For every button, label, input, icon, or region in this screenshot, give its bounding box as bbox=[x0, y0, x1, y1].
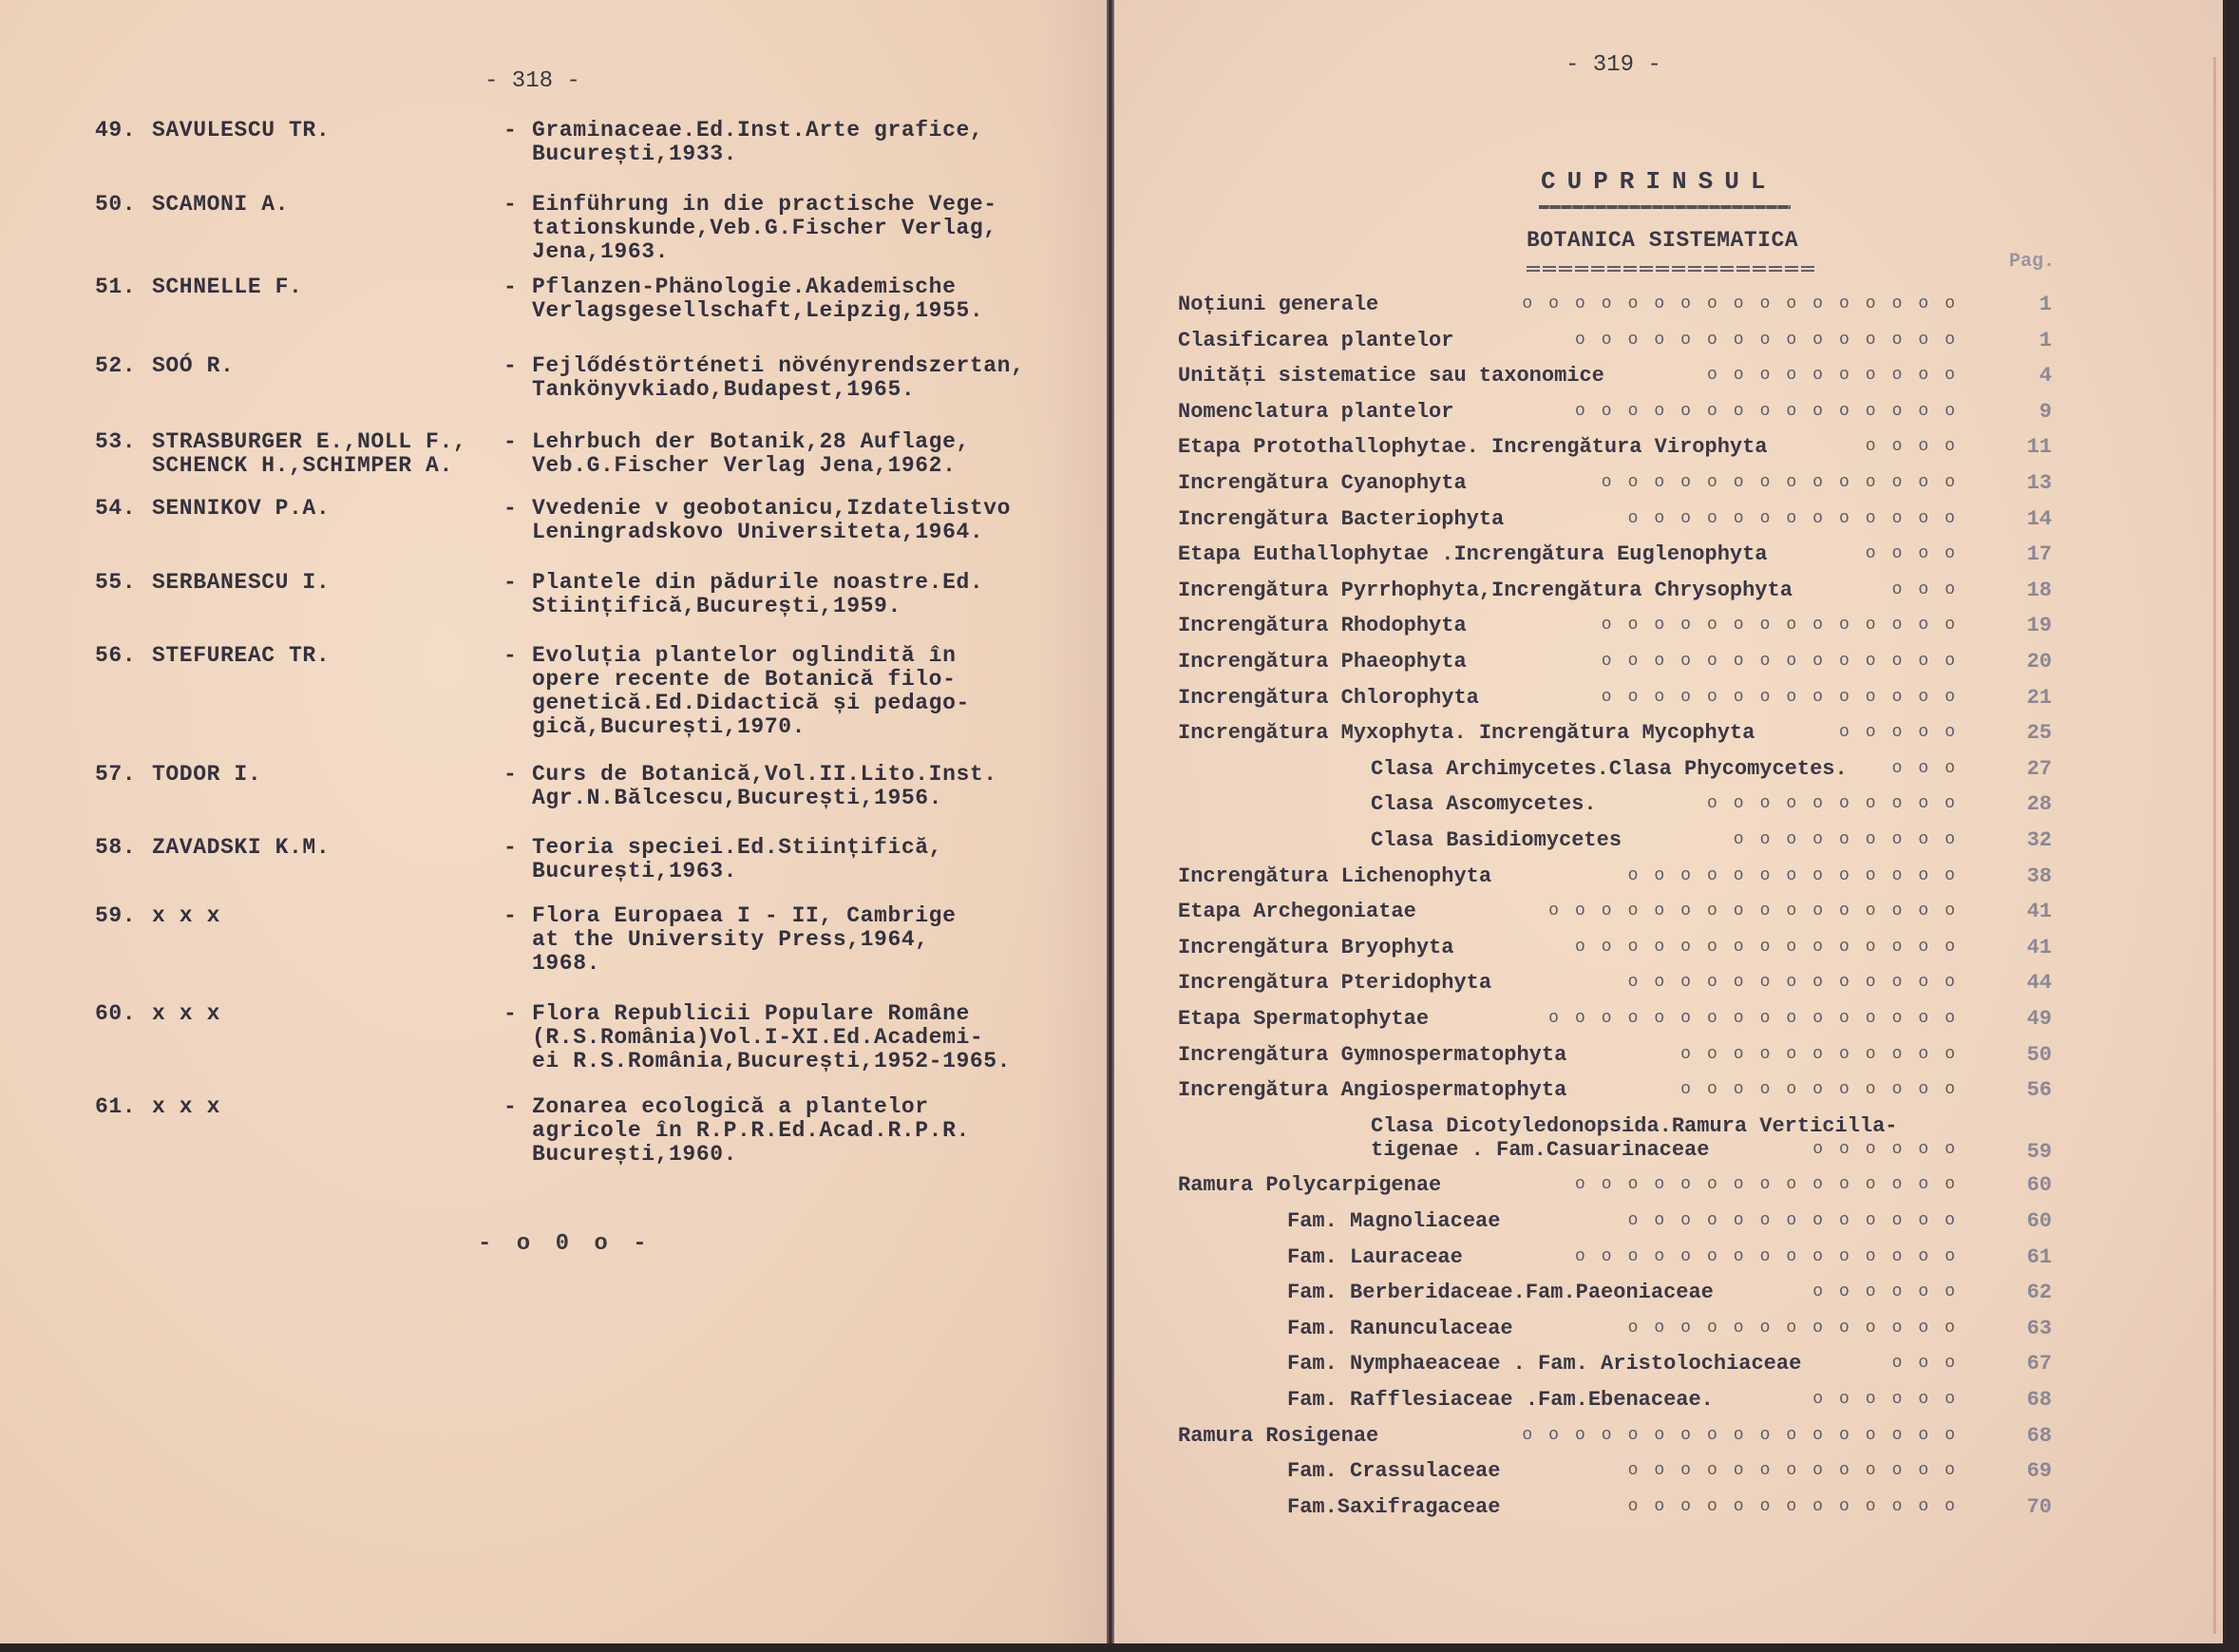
toc-item-page: 38 bbox=[1995, 864, 2052, 888]
toc-item: Fam. Nymphaeaceae . Fam. Aristolochiacea… bbox=[1178, 1352, 2052, 1380]
toc-item-label: Fam. Berberidaceae.Fam.Paeoniaceae bbox=[1287, 1281, 1714, 1304]
toc-item-page: 27 bbox=[1995, 757, 2052, 781]
toc-item: Fam. Rafflesiaceae .Fam.Ebenaceae.68oooo… bbox=[1178, 1388, 2052, 1416]
toc-item-label: Fam. Lauraceae bbox=[1287, 1245, 1463, 1269]
dot-leader: ooo bbox=[1892, 1354, 1971, 1373]
left-page-number: - 318 - bbox=[484, 68, 580, 94]
entry-author: SCHNELLE F. bbox=[152, 275, 302, 299]
entry-author: SERBANESCU I. bbox=[152, 571, 330, 595]
toc-item-label: Increngătura Bacteriophyta bbox=[1178, 507, 1504, 531]
dot-leader: oooooo bbox=[1812, 1282, 1971, 1301]
dot-leader: ooooooooooooooo bbox=[1575, 402, 1971, 421]
entry-author: SCAMONI A. bbox=[152, 193, 289, 217]
toc-item: Fam. Magnoliaceae60ooooooooooooo bbox=[1178, 1209, 2052, 1238]
entry-citation-line: Lehrbuch der Botanik,28 Auflage, bbox=[532, 430, 970, 454]
toc-item-page: 41 bbox=[1995, 936, 2052, 959]
toc-item-page: 60 bbox=[1995, 1173, 2052, 1197]
entry-citation-line: Flora Europaea I - II, Cambrige bbox=[532, 904, 956, 928]
toc-item: Etapa Spermatophytae49oooooooooooooooo bbox=[1178, 1007, 2052, 1035]
end-mark: - o 0 o - bbox=[478, 1231, 653, 1257]
entry-citation-line: Graminaceae.Ed.Inst.Arte grafice, bbox=[532, 119, 983, 142]
toc-item-page: 68 bbox=[1995, 1424, 2052, 1448]
toc-item: Increngătura Lichenophyta38ooooooooooooo bbox=[1178, 864, 2052, 893]
entry-dash: - bbox=[503, 354, 517, 378]
toc-item-page: 69 bbox=[1995, 1459, 2052, 1483]
page-column-header: Pag. bbox=[2009, 251, 2055, 273]
book-edge bbox=[2223, 0, 2239, 1652]
toc-item-label: Increngătura Myxophyta. Increngătura Myc… bbox=[1178, 721, 1755, 745]
entry-number: 57. bbox=[95, 763, 136, 787]
toc-item-label: Fam. Rafflesiaceae .Fam.Ebenaceae. bbox=[1287, 1388, 1714, 1412]
dot-leader: oooooo bbox=[1812, 1390, 1971, 1409]
toc-item-label: Fam.Saxifragaceae bbox=[1287, 1495, 1500, 1519]
toc-item-label: Etapa Spermatophytae bbox=[1178, 1007, 1429, 1031]
entry-number: 55. bbox=[95, 571, 136, 595]
toc-item-label: Clasa Basidiomycetes bbox=[1371, 828, 1622, 852]
toc-item-page: 21 bbox=[1995, 686, 2052, 710]
dot-leader: oooooooooo bbox=[1707, 794, 1971, 813]
toc-item: Clasificarea plantelor1ooooooooooooooo bbox=[1178, 329, 2052, 357]
toc-item-label-continued: tigenae . Fam.Casuarinaceae bbox=[1371, 1138, 1709, 1162]
entry-citation-line: gică,București,1970. bbox=[532, 715, 806, 739]
toc-item-label: Ramura Polycarpigenae bbox=[1178, 1173, 1441, 1197]
entry-citation-line: (R.S.România)Vol.I-XI.Ed.Academi- bbox=[532, 1026, 983, 1050]
entry-citation-line: Fejlődéstörténeti növényrendszertan, bbox=[532, 354, 1024, 378]
entry-dash: - bbox=[503, 1002, 517, 1026]
toc-item-page: 67 bbox=[1995, 1352, 2052, 1376]
toc-item-page: 20 bbox=[1995, 650, 2052, 674]
dot-leader: ooooooooooooooo bbox=[1575, 331, 1971, 350]
toc-item: Increngătura Pteridophyta44ooooooooooooo bbox=[1178, 971, 2052, 999]
title-underline bbox=[1539, 205, 1791, 209]
entry-author: x x x bbox=[152, 904, 220, 928]
toc-item: Increngătura Pyrrhophyta,Increngătura Ch… bbox=[1178, 579, 2052, 607]
entry-citation-line: ei R.S.România,București,1952-1965. bbox=[532, 1050, 1011, 1073]
toc-item-label: Increngătura Cyanophyta bbox=[1178, 471, 1467, 495]
entry-dash: - bbox=[503, 904, 517, 928]
toc-item-page: 19 bbox=[1995, 614, 2052, 637]
toc-item-label: Increngătura Lichenophyta bbox=[1178, 864, 1491, 888]
dot-leader: ooooooooooooooo bbox=[1575, 1247, 1971, 1266]
toc-item-page: 17 bbox=[1995, 542, 2052, 566]
entry-number: 51. bbox=[95, 275, 136, 299]
entry-author: SENNIKOV P.A. bbox=[152, 497, 330, 521]
toc-item-label: Fam. Crassulaceae bbox=[1287, 1459, 1500, 1483]
entry-dash: - bbox=[503, 430, 517, 454]
toc-item-label: Increngătura Phaeophyta bbox=[1178, 650, 1467, 674]
toc-item-page: 18 bbox=[1995, 579, 2052, 602]
dot-leader: ooooooooooooo bbox=[1628, 1319, 1971, 1338]
toc-item-page: 4 bbox=[1995, 364, 2052, 388]
toc-item: Increngătura Myxophyta. Increngătura Myc… bbox=[1178, 721, 2052, 750]
dot-leader: ooo bbox=[1892, 580, 1971, 599]
toc-item: Clasa Ascomycetes.28oooooooooo bbox=[1178, 792, 2052, 821]
toc-item-page: 41 bbox=[1995, 900, 2052, 923]
entry-dash: - bbox=[503, 497, 517, 521]
toc-item-page: 70 bbox=[1995, 1495, 2052, 1519]
entry-author: STEFUREAC TR. bbox=[152, 644, 330, 668]
section-title: BOTANICA SISTEMATICA bbox=[1527, 228, 1798, 253]
toc-item: Etapa Protothallophytae. Increngătura Vi… bbox=[1178, 435, 2052, 464]
toc-item-label: Etapa Euthallophytae .Increngătura Eugle… bbox=[1178, 542, 1768, 566]
entry-citation-line: Tankönyvkiado,Budapest,1965. bbox=[532, 378, 915, 402]
entry-citation-line: Curs de Botanică,Vol.II.Lito.Inst. bbox=[532, 763, 997, 787]
entry-number: 52. bbox=[95, 354, 136, 378]
entry-dash: - bbox=[503, 836, 517, 860]
entry-number: 58. bbox=[95, 836, 136, 860]
entry-citation-line: Zonarea ecologică a plantelor bbox=[532, 1095, 929, 1119]
toc-item-page: 28 bbox=[1995, 792, 2052, 816]
entry-number: 59. bbox=[95, 904, 136, 928]
toc-item-label: Unități sistematice sau taxonomice bbox=[1178, 364, 1604, 388]
entry-author: ZAVADSKI K.M. bbox=[152, 836, 330, 860]
entry-number: 61. bbox=[95, 1095, 136, 1119]
toc-item-label: Increngătura Gymnospermatophyta bbox=[1178, 1043, 1566, 1067]
toc-item-label: Increngătura Bryophyta bbox=[1178, 936, 1453, 959]
entry-citation-line: opere recente de Botanică filo- bbox=[532, 668, 956, 692]
toc-item-label: Fam. Magnoliaceae bbox=[1287, 1209, 1500, 1233]
toc-item-label: Increngătura Pteridophyta bbox=[1178, 971, 1491, 995]
entry-author: STRASBURGER E.,NOLL F., bbox=[152, 430, 466, 454]
dot-leader: oooooooooooooooo bbox=[1548, 1009, 1971, 1028]
toc-item: Increngătura Rhodophyta19oooooooooooooo bbox=[1178, 614, 2052, 642]
toc-item-label: Ramura Rosigenae bbox=[1178, 1424, 1378, 1448]
toc-item: Increngătura Cyanophyta13oooooooooooooo bbox=[1178, 471, 2052, 500]
toc-item-page: 32 bbox=[1995, 828, 2052, 852]
toc-item-label: Clasa Archimycetes.Clasa Phycomycetes. bbox=[1371, 757, 1848, 781]
dot-leader: ooooooooooooo bbox=[1628, 1497, 1971, 1516]
entry-citation-line: Plantele din pădurile noastre.Ed. bbox=[532, 571, 983, 595]
entry-dash: - bbox=[503, 763, 517, 787]
toc-item-page: 25 bbox=[1995, 721, 2052, 745]
toc-item-page: 56 bbox=[1995, 1078, 2052, 1102]
toc-item: Ramura Rosigenae68ooooooooooooooooo bbox=[1178, 1424, 2052, 1453]
entry-citation-line: Stiințifică,București,1959. bbox=[532, 595, 901, 618]
entry-citation-line: at the University Press,1964, bbox=[532, 928, 929, 952]
toc-item-label: Increngătura Angiospermatophyta bbox=[1178, 1078, 1566, 1102]
toc-item-page: 11 bbox=[1995, 435, 2052, 459]
book-gutter bbox=[1107, 0, 1114, 1643]
section-double-underline bbox=[1527, 266, 1817, 272]
toc-item-label: Fam. Nymphaeaceae . Fam. Aristolochiacea… bbox=[1287, 1352, 1801, 1376]
toc-item-page: 14 bbox=[1995, 507, 2052, 531]
entry-citation-line: Veb.G.Fischer Verlag Jena,1962. bbox=[532, 454, 956, 478]
entry-number: 53. bbox=[95, 430, 136, 454]
entry-citation-line: Jena,1963. bbox=[532, 240, 669, 264]
toc-item: Etapa Archegoniatae41oooooooooooooooo bbox=[1178, 900, 2052, 928]
entry-citation-line: Verlagsgesellschaft,Leipzig,1955. bbox=[532, 299, 983, 323]
toc-item-page: 13 bbox=[1995, 471, 2052, 495]
entry-number: 56. bbox=[95, 644, 136, 668]
dot-leader: ooooooooo bbox=[1734, 830, 1971, 849]
entry-author: SOÓ R. bbox=[152, 354, 234, 378]
toc-item-page: 62 bbox=[1995, 1281, 2052, 1304]
toc-item-label: Nomenclatura plantelor bbox=[1178, 400, 1453, 424]
entry-number: 60. bbox=[95, 1002, 136, 1026]
entry-citation-line: Leningradskovo Universiteta,1964. bbox=[532, 521, 983, 544]
toc-item-label: Noțiuni generale bbox=[1178, 293, 1378, 316]
toc-item-page: 44 bbox=[1995, 971, 2052, 995]
entry-citation-line: genetică.Ed.Didactică și pedago- bbox=[532, 692, 970, 715]
dot-leader: ooooooooooooooo bbox=[1575, 938, 1971, 957]
dot-leader: oooo bbox=[1866, 437, 1971, 456]
right-page-number: - 319 - bbox=[1565, 52, 1661, 78]
toc-item-page: 1 bbox=[1995, 329, 2052, 352]
toc-item-page: 9 bbox=[1995, 400, 2052, 424]
toc-item-page: 63 bbox=[1995, 1317, 2052, 1340]
dot-leader: oooooooooooooo bbox=[1602, 688, 1971, 707]
entry-citation-line: 1968. bbox=[532, 952, 600, 976]
toc-item: Fam. Crassulaceae69ooooooooooooo bbox=[1178, 1459, 2052, 1488]
toc-item-label: Increngătura Chlorophyta bbox=[1178, 686, 1479, 710]
toc-item: Increngătura Angiospermatophyta56ooooooo… bbox=[1178, 1078, 2052, 1107]
toc-item: Increngătura Gymnospermatophyta50ooooooo… bbox=[1178, 1043, 2052, 1072]
dot-leader: ooooooooooooooooo bbox=[1522, 294, 1971, 313]
toc-item-label: Increngătura Pyrrhophyta,Increngătura Ch… bbox=[1178, 579, 1793, 602]
entry-author: x x x bbox=[152, 1002, 220, 1026]
toc-item: Noțiuni generale1ooooooooooooooooo bbox=[1178, 293, 2052, 321]
dot-leader: oooooooooooooo bbox=[1602, 652, 1971, 671]
toc-item: Nomenclatura plantelor9ooooooooooooooo bbox=[1178, 400, 2052, 428]
toc-item: Fam. Berberidaceae.Fam.Paeoniaceae62oooo… bbox=[1178, 1281, 2052, 1309]
dot-leader: ooooooooooo bbox=[1680, 1080, 1971, 1099]
entry-dash: - bbox=[503, 1095, 517, 1119]
toc-item-label: Clasificarea plantelor bbox=[1178, 329, 1453, 352]
entry-dash: - bbox=[503, 119, 517, 142]
toc-item-page: 60 bbox=[1995, 1209, 2052, 1233]
toc-item-page: 59 bbox=[1995, 1140, 2052, 1164]
dot-leader: oooooooooooooo bbox=[1602, 473, 1971, 492]
entry-citation-line: Pflanzen-Phänologie.Akademische bbox=[532, 275, 956, 299]
dot-leader: ooooooooooooooooo bbox=[1522, 1426, 1971, 1445]
toc-item: Increngătura Chlorophyta21oooooooooooooo bbox=[1178, 686, 2052, 714]
toc-item-label: Clasa Ascomycetes. bbox=[1371, 792, 1597, 816]
toc-item: Fam. Lauraceae61ooooooooooooooo bbox=[1178, 1245, 2052, 1274]
entry-number: 50. bbox=[95, 193, 136, 217]
dot-leader: ooooo bbox=[1839, 723, 1971, 742]
entry-citation-line: București,1960. bbox=[532, 1143, 737, 1167]
gutter-shadow bbox=[1045, 0, 1107, 1643]
toc-item-label: Clasa Dicotyledonopsida.Ramura Verticill… bbox=[1371, 1114, 1898, 1138]
dot-leader: ooooooooooooooo bbox=[1575, 1175, 1971, 1194]
entry-citation-line: Agr.N.Bălcescu,București,1956. bbox=[532, 787, 942, 810]
dot-leader: oooooooooo bbox=[1707, 366, 1971, 385]
entry-number: 49. bbox=[95, 119, 136, 142]
entry-author: SCHENCK H.,SCHIMPER A. bbox=[152, 454, 453, 478]
toc-item: Clasa Archimycetes.Clasa Phycomycetes.27… bbox=[1178, 757, 2052, 786]
toc-item-page: 50 bbox=[1995, 1043, 2052, 1067]
dot-leader: oooooo bbox=[1812, 1140, 1971, 1159]
toc-item: Clasa Dicotyledonopsida.Ramura Verticill… bbox=[1178, 1114, 2052, 1143]
toc-item-page: 1 bbox=[1995, 293, 2052, 316]
entry-dash: - bbox=[503, 571, 517, 595]
toc-item-page: 49 bbox=[1995, 1007, 2052, 1031]
entry-citation-line: agricole în R.P.R.Ed.Acad.R.P.R. bbox=[532, 1119, 970, 1143]
toc-item-label: Increngătura Rhodophyta bbox=[1178, 614, 1467, 637]
toc-item: Fam. Ranunculaceae63ooooooooooooo bbox=[1178, 1317, 2052, 1345]
dot-leader: ooooooooooooo bbox=[1628, 1211, 1971, 1230]
dot-leader: ooooooooooooo bbox=[1628, 1461, 1971, 1480]
toc-item-label: Etapa Archegoniatae bbox=[1178, 900, 1416, 923]
toc-item: Unități sistematice sau taxonomice4ooooo… bbox=[1178, 364, 2052, 392]
dot-leader: ooo bbox=[1892, 759, 1971, 778]
entry-citation-line: Evoluția plantelor oglindită în bbox=[532, 644, 956, 668]
entry-author: SAVULESCU TR. bbox=[152, 119, 330, 142]
toc-item: Increngătura Bryophyta41ooooooooooooooo bbox=[1178, 936, 2052, 964]
entry-citation-line: Flora Republicii Populare Române bbox=[532, 1002, 970, 1026]
dot-leader: ooooooooooooo bbox=[1628, 509, 1971, 528]
toc-item: Clasa Basidiomycetes32ooooooooo bbox=[1178, 828, 2052, 857]
toc-item-page: 61 bbox=[1995, 1245, 2052, 1269]
dot-leader: ooooooooooo bbox=[1680, 1045, 1971, 1064]
dot-leader: oooooooooooooo bbox=[1602, 616, 1971, 635]
entry-number: 54. bbox=[95, 497, 136, 521]
entry-author: TODOR I. bbox=[152, 763, 261, 787]
page-edge-stain bbox=[2213, 57, 2216, 1634]
entry-citation-line: Teoria speciei.Ed.Stiințifică, bbox=[532, 836, 942, 860]
entry-citation-line: tationskunde,Veb.G.Fischer Verlag, bbox=[532, 217, 997, 240]
entry-citation-line: București,1933. bbox=[532, 142, 737, 166]
dot-leader: oooo bbox=[1866, 544, 1971, 563]
toc-item: Etapa Euthallophytae .Increngătura Eugle… bbox=[1178, 542, 2052, 571]
toc-item: Ramura Polycarpigenae60ooooooooooooooo bbox=[1178, 1173, 2052, 1202]
entry-dash: - bbox=[503, 275, 517, 299]
dot-leader: oooooooooooooooo bbox=[1548, 902, 1971, 921]
toc-item: Increngătura Phaeophyta20oooooooooooooo bbox=[1178, 650, 2052, 678]
entry-dash: - bbox=[503, 193, 517, 217]
entry-citation-line: București,1963. bbox=[532, 860, 737, 883]
toc-item-label: Fam. Ranunculaceae bbox=[1287, 1317, 1513, 1340]
entry-citation-line: Einführung in die practische Vege- bbox=[532, 193, 997, 217]
toc-item-page: 68 bbox=[1995, 1388, 2052, 1412]
entry-citation-line: Vvedenie v geobotanicu,Izdatelistvo bbox=[532, 497, 1011, 521]
dot-leader: ooooooooooooo bbox=[1628, 866, 1971, 885]
entry-dash: - bbox=[503, 644, 517, 668]
dot-leader: ooooooooooooo bbox=[1628, 973, 1971, 992]
toc-item: Increngătura Bacteriophyta14oooooooooooo… bbox=[1178, 507, 2052, 536]
toc-item-label: Etapa Protothallophytae. Increngătura Vi… bbox=[1178, 435, 1768, 459]
contents-title: CUPRINSUL bbox=[1541, 167, 1776, 196]
toc-item: Fam.Saxifragaceae70ooooooooooooo bbox=[1178, 1495, 2052, 1524]
entry-author: x x x bbox=[152, 1095, 220, 1119]
